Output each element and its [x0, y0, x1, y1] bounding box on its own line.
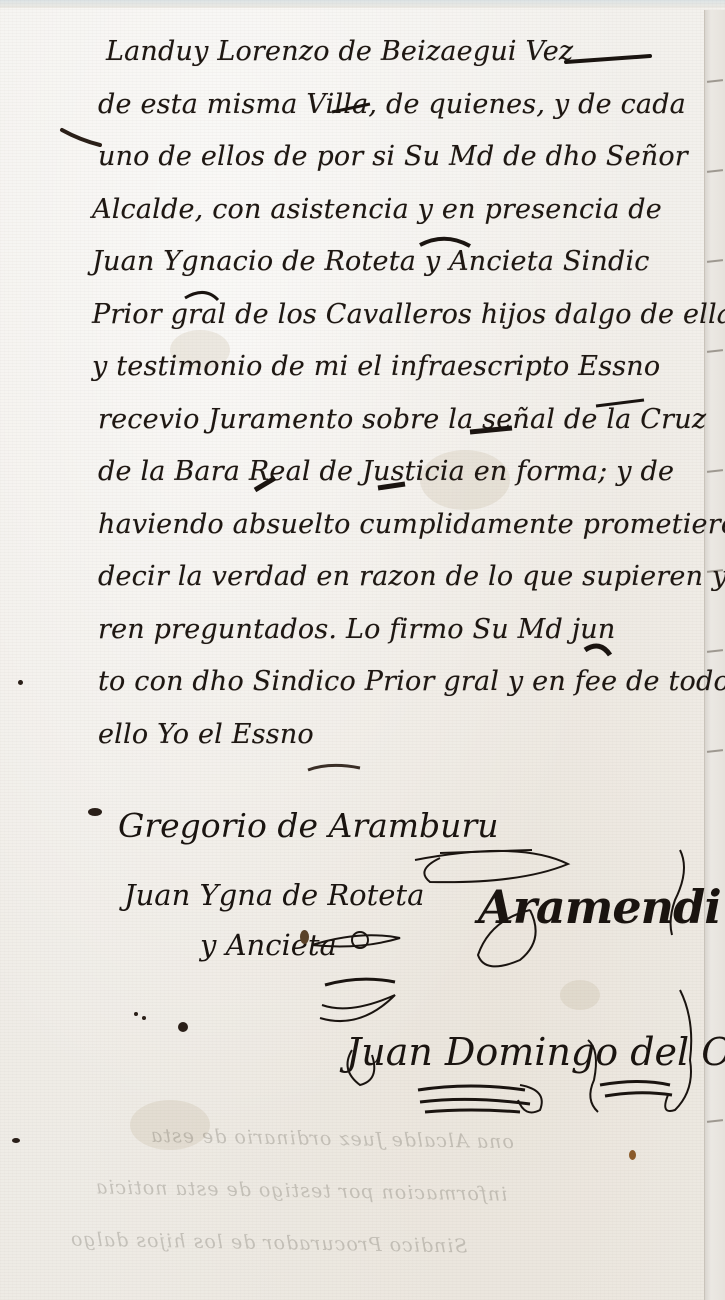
manuscript-line: decir la verdad en razon de lo que supie… — [92, 551, 712, 604]
signature-juan-domingo-del-olaso: Juan Domingo del Olaso — [346, 1030, 725, 1074]
manuscript-line: Landuy Lorenzo de Beizaegui Vez — [92, 26, 712, 79]
ink-blot — [300, 930, 309, 944]
manuscript-line: Prior gral de los Cavalleros hijos dalgo… — [92, 289, 712, 342]
manuscript-page: ona Alcalde Juez ordinario de esta infor… — [0, 0, 725, 1300]
manuscript-line: recevio Juramento sobre la señal de la C… — [92, 394, 712, 447]
manuscript-line: Juan Ygnacio de Roteta y Ancieta Sindic — [92, 236, 712, 289]
manuscript-body: Landuy Lorenzo de Beizaegui Vez de esta … — [92, 26, 712, 761]
bleed-through-text: ona Alcalde Juez ordinario de esta — [150, 1125, 514, 1153]
manuscript-line: to con dho Sindico Prior gral y en fee d… — [92, 656, 712, 709]
manuscript-line: haviendo absuelto cumplidamente prometie… — [92, 499, 712, 552]
ink-blot — [88, 808, 102, 816]
ink-blot — [18, 680, 23, 685]
signature-juan-ygnacio-de-roteta: Juan Ygna de Roteta — [124, 878, 424, 912]
manuscript-line: ren preguntados. Lo firmo Su Md jun — [92, 604, 712, 657]
bleed-through-text: informacion por testigo de esta noticia — [95, 1176, 508, 1205]
ink-blot — [12, 1138, 20, 1143]
scan-background-strip — [0, 0, 725, 8]
ink-blot — [142, 1016, 146, 1020]
manuscript-line: uno de ellos de por si Su Md de dho Seño… — [92, 131, 712, 184]
manuscript-line: de esta misma Villa, de quienes, y de ca… — [92, 79, 712, 132]
ink-blot — [134, 1012, 138, 1016]
ink-blot — [629, 1150, 636, 1160]
bleed-through-text: Sindico Procurador de los hijos dalgo — [70, 1229, 468, 1258]
signature-aramendi: Aramendi — [478, 880, 721, 934]
manuscript-line: de la Bara Real de Justicia en forma; y … — [92, 446, 712, 499]
paper-stain — [560, 980, 600, 1010]
manuscript-line: ello Yo el Essno — [92, 709, 712, 762]
manuscript-line: y testimonio de mi el infraescripto Essn… — [92, 341, 712, 394]
ink-blot — [178, 1022, 188, 1032]
signature-gregorio-de-aramburu: Gregorio de Aramburu — [118, 806, 498, 845]
manuscript-line: Alcalde, con asistencia y en presencia d… — [92, 184, 712, 237]
signature-y-ancieta: y Ancieta — [200, 928, 337, 962]
